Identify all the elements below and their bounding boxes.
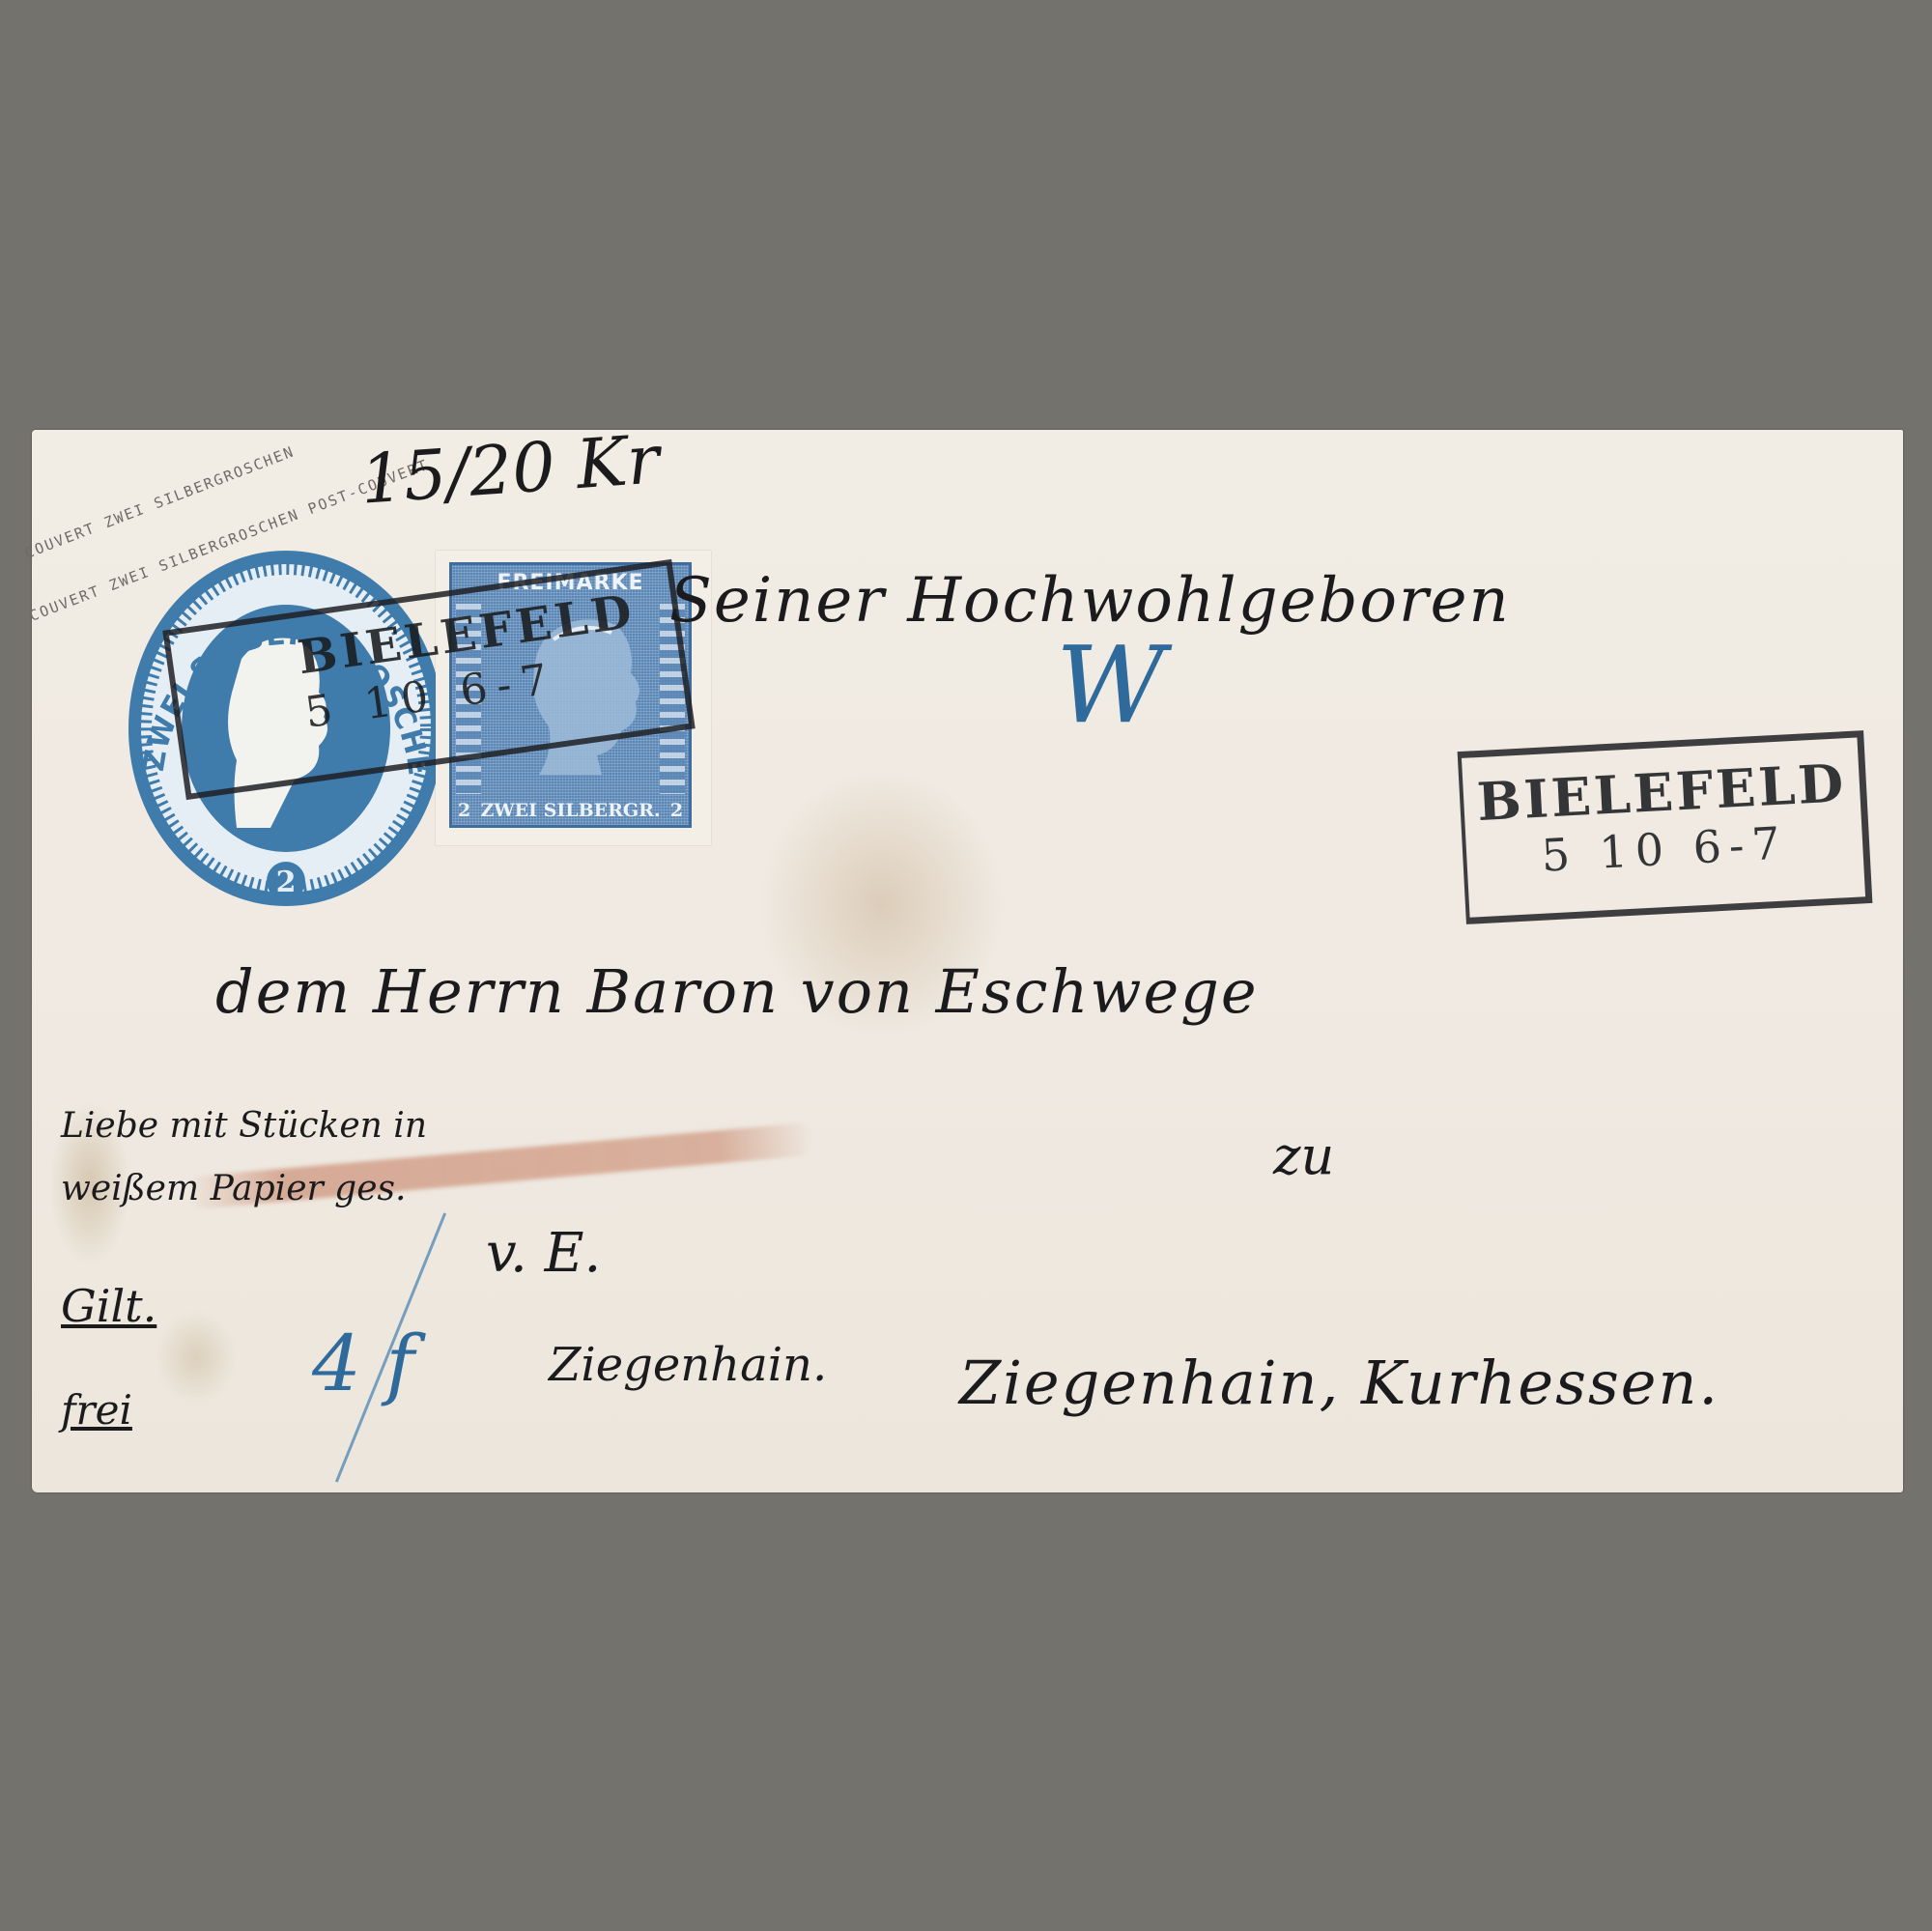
printed-imprint-line: COUVERT ZWEI SILBERGROSCHEN: [22, 442, 298, 562]
address-line-2: dem Herrn Baron von Eschwege: [215, 956, 1259, 1027]
stamp-corner-value: 2: [458, 800, 470, 821]
sender-city: Ziegenhain.: [549, 1338, 827, 1392]
stamp-denomination: ZWEI SILBERGR.: [480, 800, 660, 821]
blue-crayon-number: 4 f: [312, 1319, 414, 1408]
envelope: COUVERT ZWEI SILBERGROSCHEN COUVERT ZWEI…: [32, 430, 1903, 1492]
franking-note-2: frei: [61, 1386, 132, 1434]
handwritten-rate-note: 15/20 Kr: [358, 419, 663, 519]
franking-note-1: Gilt.: [61, 1280, 156, 1332]
address-city: Ziegenhain, Kurhessen.: [959, 1348, 1719, 1418]
stamp-bottom-label: 2 ZWEI SILBERGR. 2: [458, 800, 683, 821]
blue-crayon-mark: W: [1056, 623, 1165, 747]
stamp-corner-value: 2: [670, 800, 683, 821]
handwritten-note-line-1: Liebe mit Stücken in: [61, 1106, 427, 1146]
handwritten-note-line-2: weißem Papier ges.: [61, 1169, 406, 1208]
svg-text:2: 2: [276, 866, 297, 899]
sender-abbreviation: v. E.: [486, 1222, 601, 1285]
postmark-cancel-right: BIELEFELD 5 10 6-7: [1458, 730, 1873, 924]
address-zu: zu: [1273, 1125, 1334, 1186]
